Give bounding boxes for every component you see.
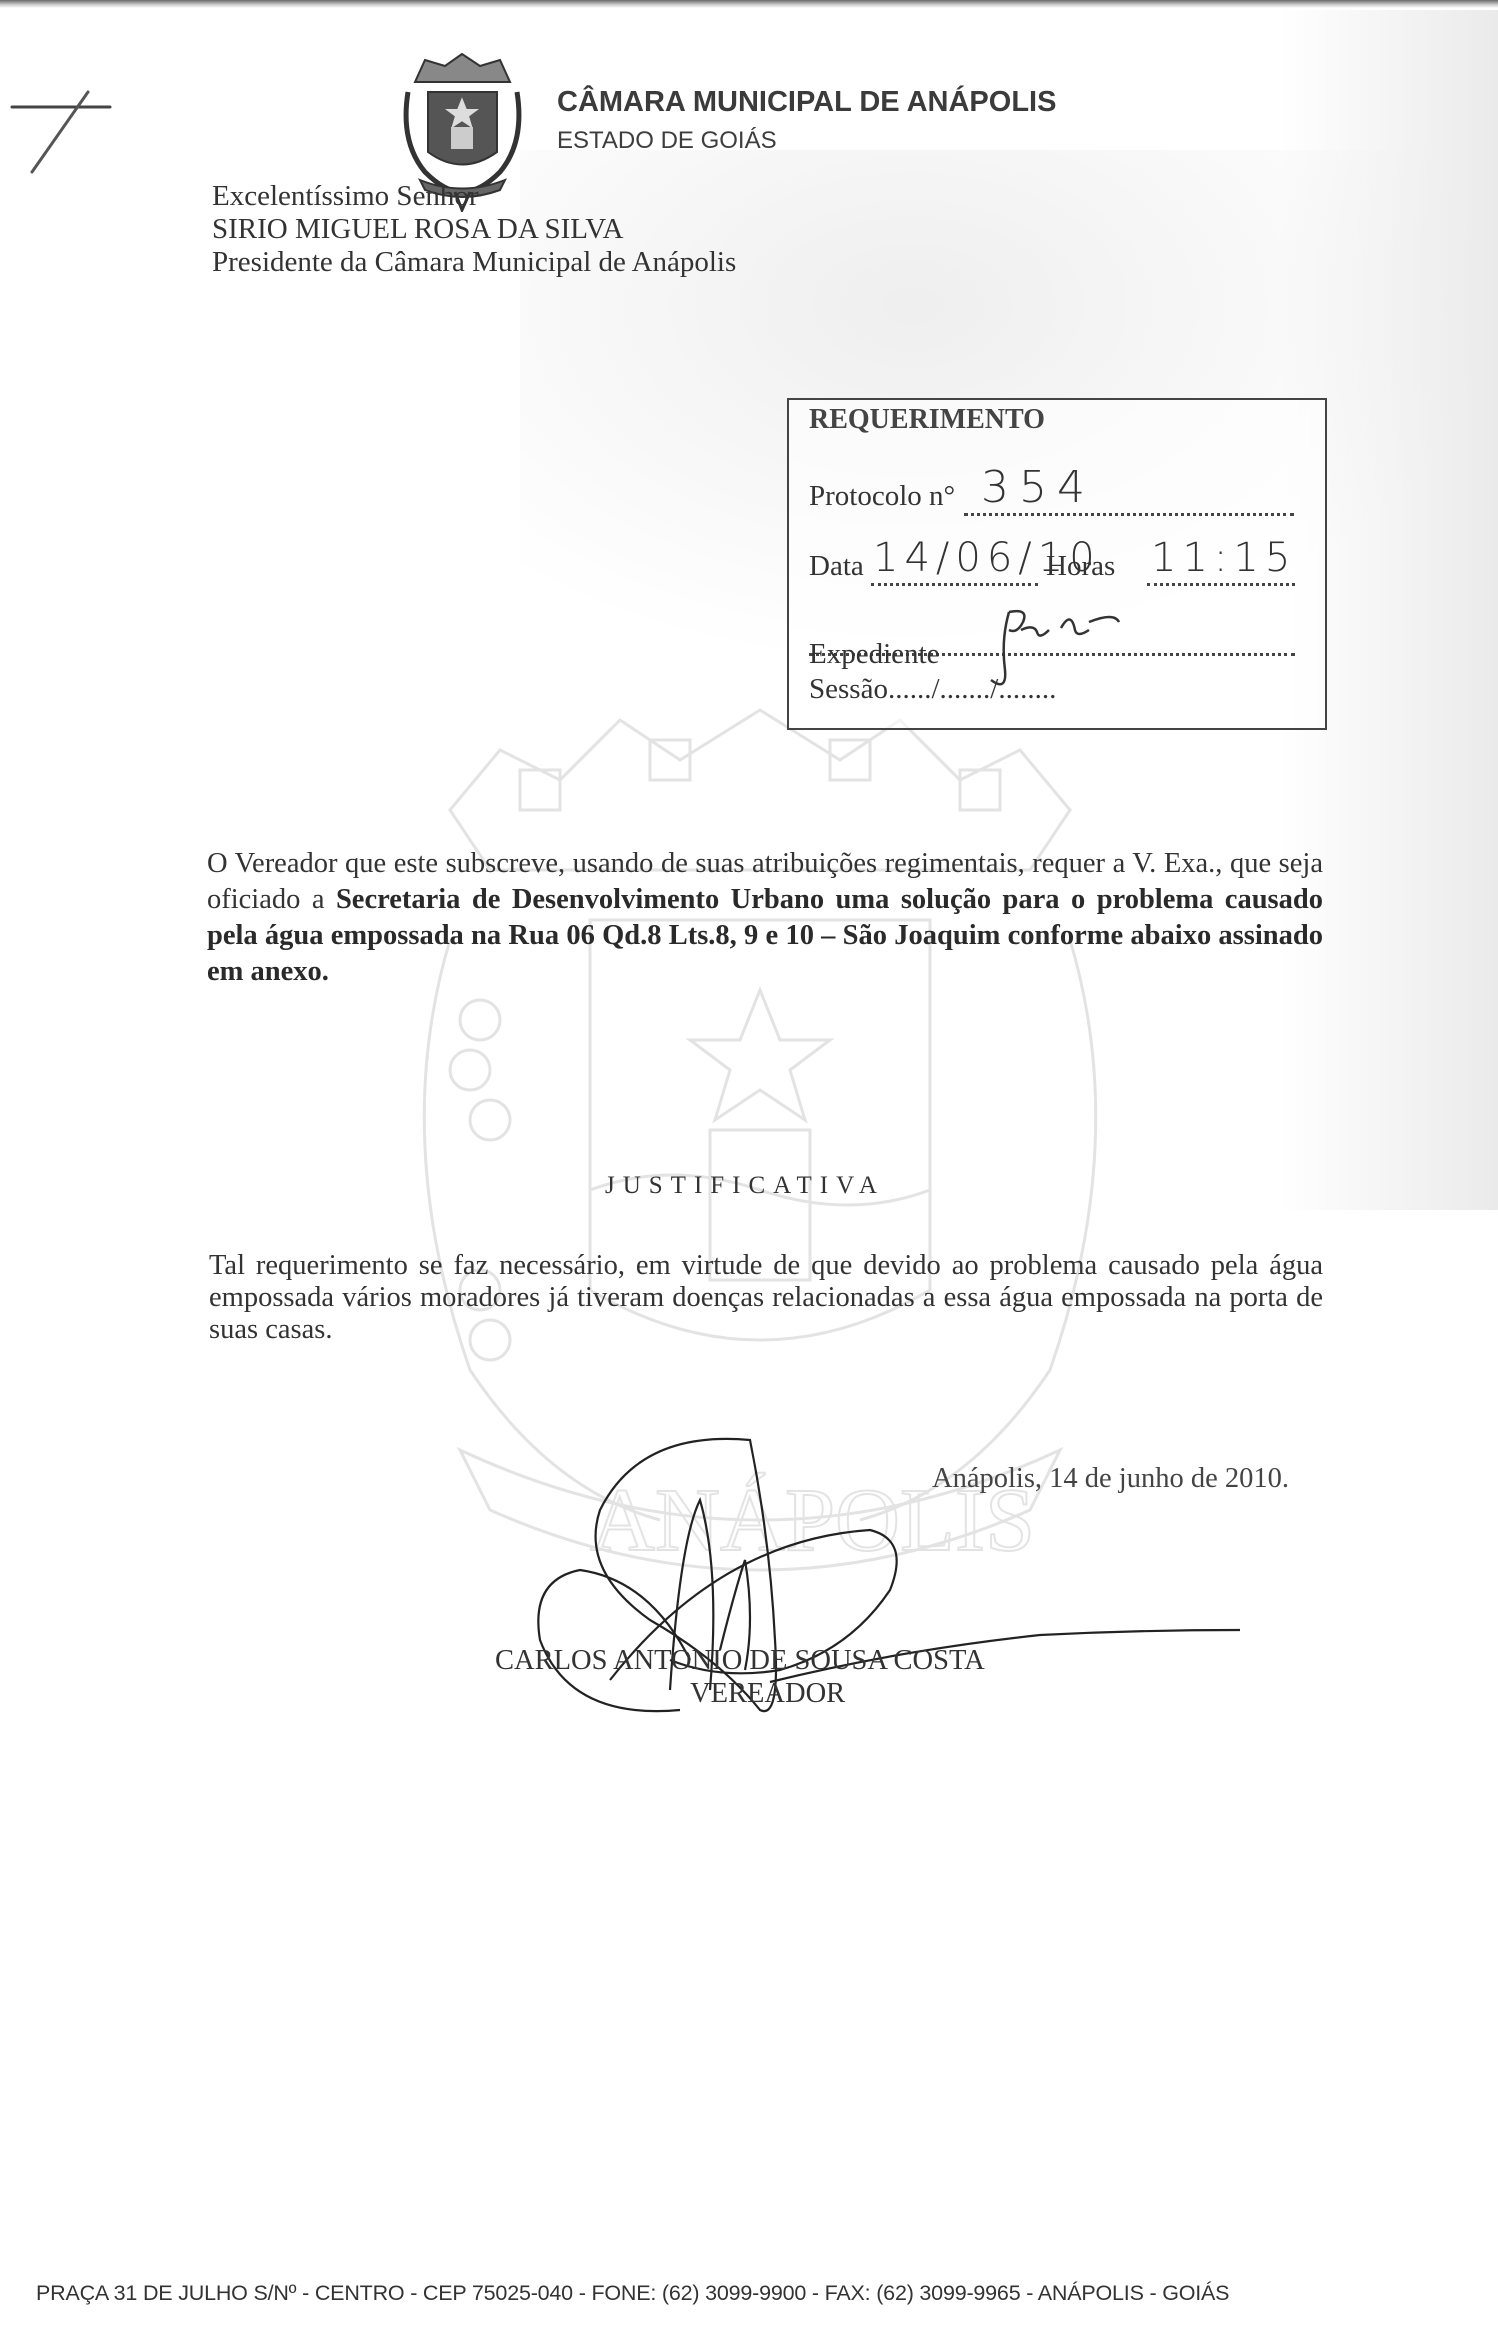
justificativa-paragraph: Tal requerimento se faz necessário, em v… — [209, 1250, 1323, 1346]
expediente-label: Expediente — [809, 638, 939, 671]
data-dotted-line — [871, 583, 1038, 586]
scan-edge — [0, 0, 1498, 8]
addressee-block: Excelentíssimo Senhor SIRIO MIGUEL ROSA … — [212, 180, 736, 279]
org-subtitle: ESTADO DE GOIÁS — [557, 127, 777, 155]
protocolo-dotted-line — [964, 513, 1294, 516]
data-label: Data — [809, 550, 864, 583]
signer-role: VEREADOR — [690, 1678, 845, 1710]
addressee-title: Presidente da Câmara Municipal de Anápol… — [212, 246, 736, 279]
horas-label: Horas — [1046, 550, 1115, 583]
sessao-label: Sessão — [809, 673, 888, 705]
org-title: CÂMARA MUNICIPAL DE ANÁPOLIS — [557, 86, 1056, 119]
pen-check-mark-icon — [10, 90, 120, 180]
request-subject: Secretaria de Desenvolvimento Urbano uma… — [207, 884, 1323, 987]
handwritten-signature — [520, 1420, 1320, 1740]
horas-value: 11:15 — [1151, 535, 1296, 581]
footer-address: PRAÇA 31 DE JULHO S/Nº - CENTRO - CEP 75… — [36, 2281, 1229, 2306]
sessao-value: ....../......./........ — [888, 673, 1056, 705]
requerimento-stamp-box: REQUERIMENTO Protocolo n° 354 Data 14/06… — [787, 398, 1327, 730]
protocolo-label: Protocolo n° — [809, 480, 955, 513]
requerimento-title: REQUERIMENTO — [809, 404, 1045, 436]
justificativa-title: JUSTIFICATIVA — [605, 1172, 885, 1200]
salutation: Excelentíssimo Senhor — [212, 180, 736, 213]
addressee-name: SIRIO MIGUEL ROSA DA SILVA — [212, 213, 736, 246]
sessao-line: Sessão....../......./........ — [809, 673, 1056, 706]
protocolo-number: 354 — [981, 462, 1095, 513]
request-paragraph: O Vereador que este subscreve, usando de… — [207, 846, 1323, 990]
horas-dotted-line — [1147, 583, 1295, 586]
signer-name: CARLOS ANTONIO DE SOUSA COSTA — [495, 1645, 985, 1677]
